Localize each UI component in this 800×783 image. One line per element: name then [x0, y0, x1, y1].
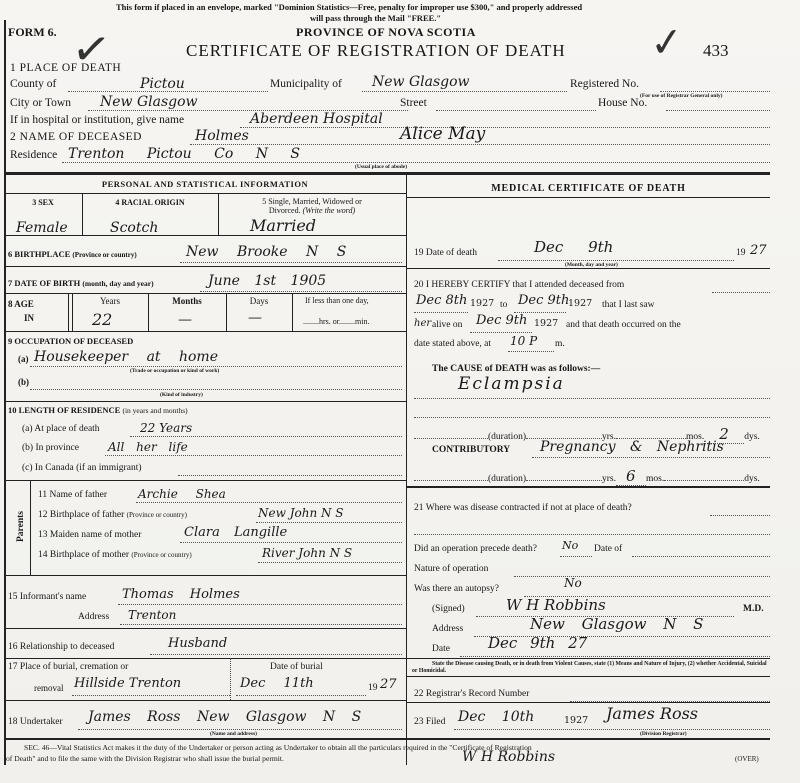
- registrar-value: James Ross: [606, 707, 698, 721]
- divider: [4, 293, 406, 294]
- burial-label-removal: removal: [34, 683, 64, 693]
- divider: [407, 702, 770, 703]
- autopsy-label: Was there an autopsy?: [414, 584, 499, 594]
- operation-date-label: Date of: [594, 544, 622, 554]
- certify-trail-field: [712, 279, 770, 293]
- father-birthplace-label: 12 Birthplace of father (Province or cou…: [38, 510, 187, 520]
- certificate-number: 433: [703, 41, 729, 61]
- certify-label: 20 I HEREBY CERTIFY that I attended dece…: [414, 280, 624, 290]
- residence-length-label: 10 LENGTH OF RESIDENCE (in years and mon…: [8, 405, 188, 415]
- house-no-field: [666, 97, 770, 111]
- occupation-label: 9 OCCUPATION OF DECEASED: [8, 336, 133, 346]
- hospital-label: If in hospital or institution, give name: [10, 114, 184, 126]
- dys-label: dys.: [744, 474, 760, 484]
- contracted-field: [710, 502, 770, 516]
- registrar-record-field: [570, 688, 770, 702]
- province-name: PROVINCE OF NOVA SCOTIA: [296, 25, 476, 40]
- days-label: Days: [226, 296, 292, 306]
- occupation-b-field: [30, 376, 402, 390]
- filed-value: Dec 10th: [458, 710, 534, 724]
- mother-name-label: 13 Maiden name of mother: [38, 530, 141, 540]
- burial-label: 17 Place of burial, cremation or: [8, 662, 128, 672]
- cause-value: Eclampsia: [458, 377, 565, 391]
- mos-label: mos.: [646, 474, 664, 484]
- father-birthplace-value: New John N S: [258, 506, 344, 520]
- attended-to-year: 1927: [568, 297, 592, 311]
- operation-nature-label: Nature of operation: [414, 564, 488, 574]
- mother-birthplace-note: (Province or country): [131, 551, 191, 559]
- attended-to-value: Dec 9th: [518, 294, 569, 308]
- marital-label-line1: 5 Single, Married, Widowed or: [218, 197, 406, 206]
- divider: [407, 658, 770, 659]
- informant-value: Thomas Holmes: [122, 588, 240, 602]
- left-border: [4, 20, 6, 765]
- marital-label: 5 Single, Married, Widowed or Divorced. …: [218, 197, 406, 215]
- attended-from-year: 1927: [470, 297, 494, 311]
- months-value: —: [178, 313, 192, 327]
- mother-birthplace-value: River John N S: [262, 546, 352, 560]
- date-of-death-value: Dec 9th: [534, 240, 613, 254]
- residence-note: (Usual place of abode): [355, 164, 407, 170]
- date-stated-label: date stated above, at: [414, 339, 491, 349]
- operation-date-field: [632, 543, 770, 557]
- divider: [407, 197, 770, 198]
- residence-label: Residence: [10, 149, 57, 161]
- yrs-label: yrs.: [602, 474, 616, 484]
- contributory-duration-row: (duration)yrs.6mos.dys.: [414, 467, 770, 486]
- months-label: Months: [148, 296, 226, 306]
- divider: [4, 700, 406, 701]
- duration-label: (duration): [488, 432, 526, 442]
- pronoun-value: her: [414, 317, 431, 331]
- checkmark-icon-right: ✓: [648, 19, 685, 68]
- contributory-value: Pregnancy & Nephritis: [540, 440, 724, 454]
- racial-origin-value: Scotch: [110, 221, 158, 235]
- deceased-name-label: 2 NAME OF DECEASED: [10, 131, 142, 143]
- divider: [68, 293, 69, 331]
- divider: [4, 480, 406, 481]
- birthplace-value: New Brooke N S: [186, 245, 346, 259]
- hrs-min-label: ........hrs. or........min.: [303, 317, 369, 326]
- date-of-death-label: 19 Date of death: [414, 248, 477, 258]
- street-field: [436, 97, 596, 111]
- father-birthplace-note: (Province or country): [127, 511, 187, 519]
- burial-year-value: 27: [380, 678, 397, 692]
- birthplace-label-text: 6 BIRTHPLACE: [8, 249, 70, 259]
- municipality-value: New Glasgow: [372, 75, 470, 89]
- res-a-label: (a) At place of death: [22, 424, 100, 434]
- filed-year: 1927: [564, 714, 588, 728]
- last-saw-label: that I last saw: [602, 300, 655, 310]
- divider: [4, 193, 406, 194]
- contributory-duration-mos: 6: [616, 467, 646, 486]
- father-name-label: 11 Name of father: [38, 490, 107, 500]
- place-of-death-label: 1 PLACE OF DEATH: [10, 62, 121, 74]
- age-label: 8 AGE IN: [8, 297, 34, 325]
- divider: [407, 676, 770, 677]
- footer-signature: W H Robbins: [462, 750, 555, 764]
- over-label: (OVER): [735, 755, 759, 763]
- address-label: Address: [432, 624, 463, 634]
- occupation-b-label: (b): [18, 377, 29, 387]
- registrar-note: (Division Registrar): [640, 731, 687, 737]
- relationship-label: 16 Relationship to deceased: [8, 642, 114, 652]
- personal-section-title: PERSONAL AND STATISTICAL INFORMATION: [4, 179, 406, 189]
- relationship-value: Husband: [168, 637, 227, 651]
- divider: [4, 658, 406, 659]
- burial-year-prefix: 19: [368, 683, 378, 693]
- occupation-a-note: (Trade or occupation or kind of work): [130, 368, 219, 374]
- dob-label-text: 7 DATE OF BIRTH: [8, 278, 80, 288]
- signed-label: (Signed): [432, 604, 465, 614]
- divider: [4, 628, 406, 629]
- residence-length-label-text: 10 LENGTH OF RESIDENCE: [8, 405, 120, 415]
- mail-notice-line2: will pass through the Mail "FREE.": [310, 13, 441, 23]
- residence-value: Trenton Pictou Co N S: [68, 147, 300, 161]
- informant-label: 15 Informant's name: [8, 592, 86, 602]
- registrar-record-label: 22 Registrar's Record Number: [414, 689, 529, 699]
- years-label: Years: [72, 296, 148, 306]
- death-occurred-label: and that death occurred on the: [566, 320, 681, 330]
- city-value: New Glasgow: [100, 95, 198, 109]
- divider: [4, 266, 406, 267]
- attended-from-value: Dec 8th: [416, 294, 467, 308]
- informant-address-value: Trenton: [128, 608, 176, 622]
- res-a-value: 22 Years: [140, 421, 192, 435]
- dob-value: June 1st 1905: [208, 274, 326, 288]
- mother-birthplace-label-text: 14 Birthplace of mother: [38, 550, 129, 560]
- registered-no-label: Registered No.: [570, 78, 639, 90]
- res-b-value: All her life: [108, 440, 188, 454]
- autopsy-field: [524, 583, 770, 597]
- burial-value: Hillside Trenton: [74, 677, 181, 691]
- birthplace-note: (Province or country): [72, 251, 136, 259]
- burial-date-value: Dec 11th: [240, 677, 314, 691]
- death-certificate-page: This form if placed in an envelope, mark…: [0, 0, 800, 783]
- divider: [292, 293, 293, 331]
- res-b-label: (b) In province: [22, 443, 79, 453]
- marital-label-line2: Divorced.: [269, 206, 301, 215]
- divider: [30, 480, 31, 575]
- marital-value: Married: [250, 219, 316, 233]
- signed-value: W H Robbins: [506, 598, 606, 612]
- marital-label-note: (Write the word): [303, 206, 356, 215]
- residence-length-note: (in years and months): [122, 406, 187, 415]
- age-label-line1: 8 AGE: [8, 297, 34, 311]
- alive-on-value: Dec 9th: [476, 314, 527, 328]
- dob-label: 7 DATE OF BIRTH (month, day and year): [8, 278, 154, 288]
- date-value: Dec 9th 27: [488, 636, 587, 650]
- header-separator: [4, 172, 770, 175]
- divider: [4, 401, 406, 402]
- days-value: —: [248, 311, 262, 325]
- medical-footnote: State the Disease causing Death, or in d…: [412, 661, 772, 675]
- street-label: Street: [400, 97, 427, 109]
- address-value: New Glasgow N S: [530, 617, 703, 631]
- deceased-given-names: Alice May: [400, 127, 485, 141]
- age-label-line2: IN: [8, 311, 34, 325]
- duration-label: (duration): [488, 474, 526, 484]
- undertaker-note: (Name and address): [210, 731, 257, 737]
- occupation-b-note: (Kind of industry): [160, 392, 203, 398]
- divider: [4, 575, 406, 576]
- footer-section-text: SEC. 46—Vital Statistics Act makes it th…: [24, 743, 784, 752]
- mother-birthplace-label: 14 Birthplace of mother (Province or cou…: [38, 550, 192, 560]
- father-name-value: Archie Shea: [138, 487, 226, 501]
- occupation-a-value: Housekeeper at home: [34, 350, 218, 364]
- racial-origin-label: 4 RACIAL ORIGIN: [82, 198, 218, 207]
- contracted-field-2: [414, 521, 770, 535]
- city-label: City or Town: [10, 97, 71, 109]
- parents-label-text: Parents: [16, 511, 26, 542]
- operation-value: No: [562, 539, 578, 553]
- burial-date-label: Date of burial: [270, 662, 323, 672]
- less-than-day-label: If less than one day,: [305, 296, 369, 305]
- birthplace-label: 6 BIRTHPLACE (Province or country): [8, 249, 137, 259]
- mail-notice: This form if placed in an envelope, mark…: [116, 2, 656, 12]
- county-value: Pictou: [140, 77, 185, 91]
- dys-label: dys.: [744, 432, 760, 442]
- sex-value: Female: [16, 221, 68, 235]
- sex-label: 3 SEX: [4, 198, 82, 207]
- operation-nature-field: [514, 563, 770, 577]
- mother-name-value: Clara Langille: [184, 526, 287, 540]
- house-no-label: House No.: [598, 97, 647, 109]
- medical-section-title: MEDICAL CERTIFICATE OF DEATH: [407, 183, 770, 194]
- occupation-a-label: (a): [18, 354, 29, 364]
- filed-label: 23 Filed: [414, 717, 445, 727]
- res-c-field: [178, 462, 402, 476]
- divider: [230, 658, 231, 700]
- years-value: 22: [92, 313, 112, 327]
- contributory-label: CONTRIBUTORY: [432, 445, 510, 455]
- date-label: Date: [432, 644, 450, 654]
- cause-label: The CAUSE of DEATH was as follows:—: [432, 364, 600, 374]
- res-c-label: (c) In Canada (if an immigrant): [22, 463, 142, 473]
- deceased-surname: Holmes: [195, 129, 249, 143]
- cause-field-2: [414, 404, 770, 418]
- alive-on-year: 1927: [534, 317, 558, 331]
- operation-label: Did an operation precede death?: [414, 544, 537, 554]
- divider: [407, 268, 770, 269]
- undertaker-value: James Ross New Glasgow N S: [88, 710, 361, 724]
- to-label: to: [500, 300, 507, 310]
- municipality-label: Municipality of: [270, 78, 342, 90]
- county-label: County of: [10, 78, 56, 90]
- document-title: CERTIFICATE OF REGISTRATION OF DEATH: [186, 41, 566, 61]
- footer-separator: [4, 738, 770, 740]
- time-value: 10 P: [510, 334, 537, 348]
- contracted-label: 21 Where was disease contracted if not a…: [414, 503, 632, 513]
- autopsy-value: No: [564, 576, 582, 590]
- informant-address-label: Address: [78, 612, 109, 622]
- divider: [4, 331, 406, 332]
- md-label: M.D.: [743, 604, 764, 614]
- time-suffix: m.: [555, 339, 565, 349]
- divider: [407, 486, 770, 488]
- alive-on-label: alive on: [432, 320, 462, 330]
- footer-section-text-2: of Death" and to file the same with the …: [6, 754, 284, 763]
- dob-note: (month, day and year): [82, 279, 153, 288]
- undertaker-label: 18 Undertaker: [8, 717, 63, 727]
- date-of-death-year: 27: [750, 244, 767, 258]
- registered-no-field: [660, 78, 770, 92]
- hospital-value: Aberdeen Hospital: [250, 112, 383, 126]
- date-of-death-year-prefix: 19: [736, 248, 746, 258]
- form-number: FORM 6.: [8, 25, 57, 40]
- father-birthplace-label-text: 12 Birthplace of father: [38, 510, 124, 520]
- divider: [4, 235, 406, 236]
